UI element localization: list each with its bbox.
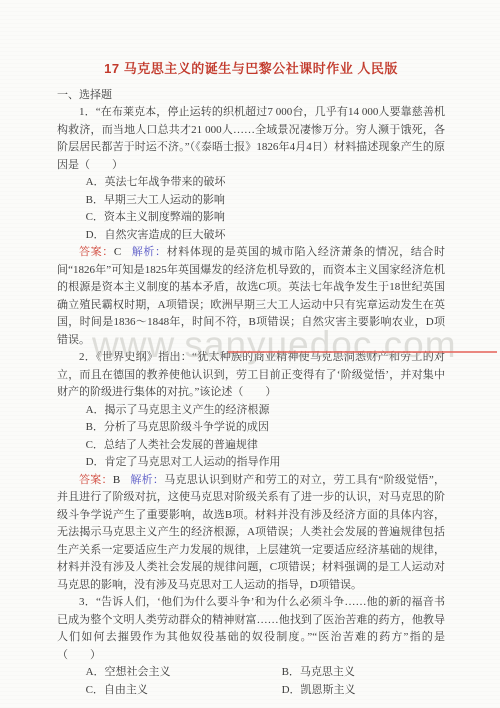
question-2-option-b: B．分析了马克思阶级斗争学说的成因: [57, 419, 445, 437]
analysis-text: 材料体现的是英国的城市陷入经济萧条的情况，结合时间“1826年”可知是1825年…: [57, 246, 445, 346]
answer-label: 答案：: [79, 246, 114, 258]
analysis-label: 解析：: [130, 474, 164, 486]
question-3-option-c: C．自由主义: [86, 682, 282, 700]
answer-value: C: [114, 246, 121, 258]
question-2-option-a: A．揭示了马克思主义产生的经济根源: [57, 402, 445, 420]
question-3-option-row-2: C．自由主义 D．凯恩斯主义: [57, 682, 445, 700]
page-title: 17 马克思主义的诞生与巴黎公社课时作业 人民版: [57, 60, 445, 78]
question-1-option-a: A．英法七年战争带来的破坏: [57, 174, 445, 192]
question-3-option-row-1: A．空想社会主义 B．马克思主义: [57, 664, 445, 682]
analysis-text: 马克思认识到财产和劳工的对立，劳工具有“阶级觉悟”，并且进行了阶级对抗，这使马克…: [57, 474, 445, 591]
question-3-option-d: D．凯恩斯主义: [282, 682, 356, 700]
question-2-stem: 2．《世界史纲》指出：“犹太种族的商业精神使马克思洞悉财产和劳工的对立，而且在德…: [57, 349, 445, 402]
answer-value: B: [113, 474, 120, 486]
question-2-option-c: C．总结了人类社会发展的普遍规律: [57, 437, 445, 455]
document-page: 17 马克思主义的诞生与巴黎公社课时作业 人民版 一、选择题 1．“在布莱克本，…: [57, 60, 445, 699]
question-1-stem: 1．“在布莱克本，停止运转的织机超过7 000台，几乎有14 000人要靠慈善机…: [57, 104, 445, 174]
analysis-label: 解析：: [131, 246, 167, 258]
question-1-option-d: D．自然灾害造成的巨大破坏: [57, 227, 445, 245]
section-heading: 一、选择题: [57, 87, 445, 105]
answer-label: 答案：: [79, 474, 113, 486]
question-1-option-c: C．资本主义制度弊端的影响: [57, 209, 445, 227]
question-2-option-d: D．肯定了马克思对工人运动的指导作用: [57, 454, 445, 472]
question-1-answer-analysis: 答案：C解析：材料体现的是英国的城市陷入经济萧条的情况，结合时间“1826年”可…: [57, 244, 445, 349]
question-2-answer-analysis: 答案：B解析：马克思认识到财产和劳工的对立，劳工具有“阶级觉悟”，并且进行了阶级…: [57, 472, 445, 595]
question-3-stem: 3．“告诉人们，‘他们为什么要斗争’和为什么必须斗争……他的新的福音书已成为整个…: [57, 594, 445, 664]
question-3-option-a: A．空想社会主义: [86, 664, 282, 682]
question-1-option-b: B．早期三大工人运动的影响: [57, 192, 445, 210]
question-3-option-b: B．马克思主义: [282, 664, 355, 682]
